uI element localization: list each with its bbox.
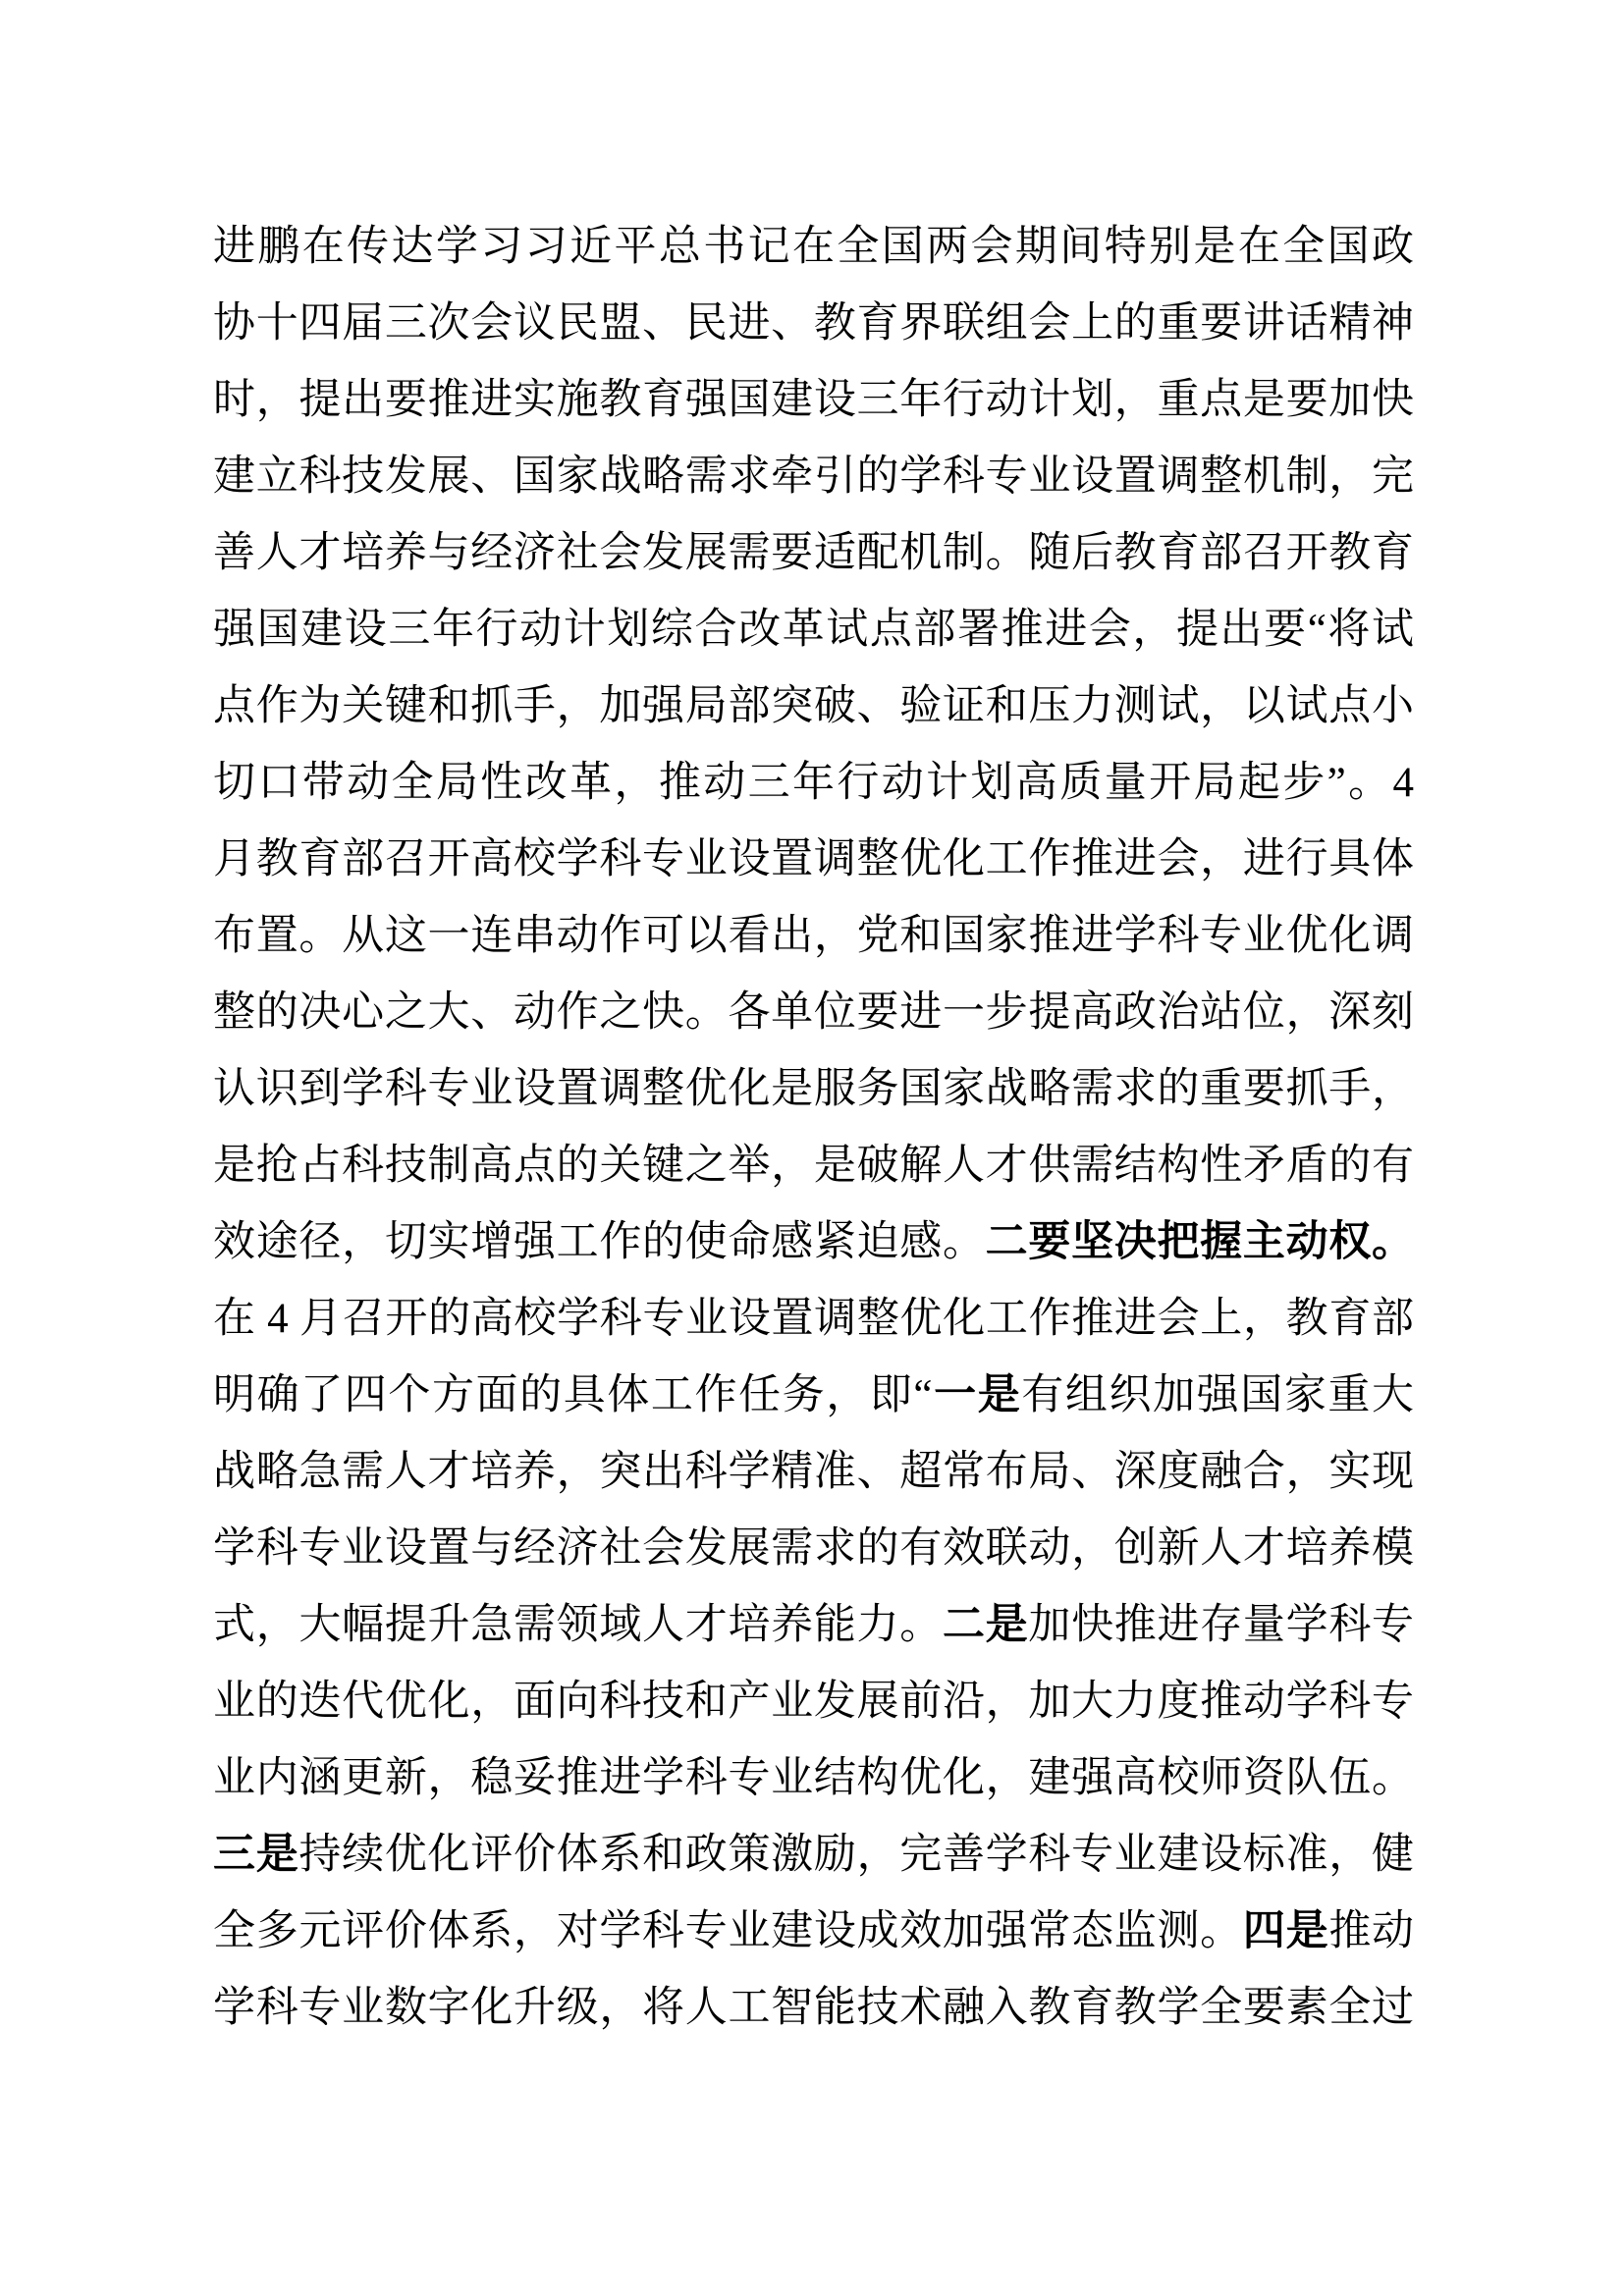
text-run: 战略急需人才培养，突出科学精准、超常布局、深度融合，实现 bbox=[213, 1449, 1414, 1495]
text-run: 月教育部召开高校学科专业设置调整优化工作推进会，进行具体 bbox=[213, 836, 1414, 882]
text-line: 建立科技发展、国家战略需求牵引的学科专业设置调整机制，完 bbox=[213, 439, 1414, 515]
text-run: 学科专业数字化升级，将人工智能技术融入教育教学全要素全过 bbox=[213, 1985, 1414, 2031]
text-run: 推动 bbox=[1328, 1908, 1414, 1954]
bold-text-run: 二要坚决把握主动权。 bbox=[986, 1219, 1414, 1265]
document-page: 进鹏在传达学习习近平总书记在全国两会期间特别是在全国政协十四届三次会议民盟、民进… bbox=[0, 0, 1624, 2296]
bold-text-run: 四是 bbox=[1243, 1908, 1328, 1954]
text-line: 业的迭代优化，面向科技和产业发展前沿，加大力度推动学科专 bbox=[213, 1664, 1414, 1740]
bold-text-run: 三是 bbox=[213, 1832, 298, 1878]
text-run: 在 4 月召开的高校学科专业设置调整优化工作推进会上，教育部 bbox=[213, 1296, 1414, 1342]
text-run: 全多元评价体系，对学科专业建设成效加强常态监测。 bbox=[213, 1908, 1243, 1954]
text-line: 强国建设三年行动计划综合改革试点部署推进会，提出要“将试 bbox=[213, 592, 1414, 668]
text-line: 学科专业数字化升级，将人工智能技术融入教育教学全要素全过 bbox=[213, 1970, 1414, 2047]
text-run: 明确了四个方面的具体工作任务，即“ bbox=[213, 1372, 933, 1418]
text-run: 业内涵更新，稳妥推进学科专业结构优化，建强高校师资队伍。 bbox=[213, 1755, 1414, 1801]
text-line: 切口带动全局性改革，推动三年行动计划高质量开局起步”。4 bbox=[213, 745, 1414, 822]
text-run: 协十四届三次会议民盟、民进、教育界联组会上的重要讲话精神 bbox=[213, 300, 1414, 347]
text-line: 点作为关键和抓手，加强局部突破、验证和压力测试，以试点小 bbox=[213, 668, 1414, 745]
text-line: 进鹏在传达学习习近平总书记在全国两会期间特别是在全国政 bbox=[213, 209, 1414, 286]
text-run: 进鹏在传达学习习近平总书记在全国两会期间特别是在全国政 bbox=[213, 224, 1414, 270]
text-line: 在 4 月召开的高校学科专业设置调整优化工作推进会上，教育部 bbox=[213, 1281, 1414, 1358]
text-run: 学科专业设置与经济社会发展需求的有效联动，创新人才培养模 bbox=[213, 1525, 1414, 1572]
bold-text-run: 一是 bbox=[933, 1372, 1022, 1418]
text-line: 三是持续优化评价体系和政策激励，完善学科专业建设标准，健 bbox=[213, 1817, 1414, 1894]
text-run: 持续优化评价体系和政策激励，完善学科专业建设标准，健 bbox=[298, 1832, 1414, 1878]
text-block: 进鹏在传达学习习近平总书记在全国两会期间特别是在全国政协十四届三次会议民盟、民进… bbox=[213, 209, 1414, 2047]
text-run: 效途径，切实增强工作的使命感紧迫感。 bbox=[213, 1219, 986, 1265]
text-run: 强国建设三年行动计划综合改革试点部署推进会，提出要“将试 bbox=[213, 607, 1414, 653]
text-run: 善人才培养与经济社会发展需要适配机制。随后教育部召开教育 bbox=[213, 530, 1414, 576]
text-run: 时，提出要推进实施教育强国建设三年行动计划，重点是要加快 bbox=[213, 377, 1414, 423]
text-line: 明确了四个方面的具体工作任务，即“一是有组织加强国家重大 bbox=[213, 1358, 1414, 1434]
text-run: 点作为关键和抓手，加强局部突破、验证和压力测试，以试点小 bbox=[213, 683, 1414, 729]
text-line: 全多元评价体系，对学科专业建设成效加强常态监测。四是推动 bbox=[213, 1894, 1414, 1970]
text-run: 是抢占科技制高点的关键之举，是破解人才供需结构性矛盾的有 bbox=[213, 1143, 1414, 1189]
text-line: 效途径，切实增强工作的使命感紧迫感。二要坚决把握主动权。 bbox=[213, 1204, 1414, 1281]
text-run: 切口带动全局性改革，推动三年行动计划高质量开局起步”。4 bbox=[213, 760, 1414, 806]
text-run: 式，大幅提升急需领域人才培养能力。 bbox=[213, 1602, 943, 1648]
text-line: 是抢占科技制高点的关键之举，是破解人才供需结构性矛盾的有 bbox=[213, 1128, 1414, 1204]
text-line: 善人才培养与经济社会发展需要适配机制。随后教育部召开教育 bbox=[213, 515, 1414, 592]
text-run: 加快推进存量学科专 bbox=[1028, 1602, 1414, 1648]
bold-text-run: 二是 bbox=[943, 1602, 1028, 1648]
text-run: 业的迭代优化，面向科技和产业发展前沿，加大力度推动学科专 bbox=[213, 1679, 1414, 1725]
text-line: 式，大幅提升急需领域人才培养能力。二是加快推进存量学科专 bbox=[213, 1587, 1414, 1664]
text-line: 认识到学科专业设置调整优化是服务国家战略需求的重要抓手， bbox=[213, 1051, 1414, 1128]
text-line: 学科专业设置与经济社会发展需求的有效联动，创新人才培养模 bbox=[213, 1511, 1414, 1587]
text-run: 建立科技发展、国家战略需求牵引的学科专业设置调整机制，完 bbox=[213, 454, 1414, 500]
text-run: 整的决心之大、动作之快。各单位要进一步提高政治站位，深刻 bbox=[213, 989, 1414, 1036]
text-run: 认识到学科专业设置调整优化是服务国家战略需求的重要抓手， bbox=[213, 1066, 1414, 1112]
text-line: 布置。从这一连串动作可以看出，党和国家推进学科专业优化调 bbox=[213, 898, 1414, 975]
text-line: 业内涵更新，稳妥推进学科专业结构优化，建强高校师资队伍。 bbox=[213, 1740, 1414, 1817]
text-run: 有组织加强国家重大 bbox=[1021, 1372, 1414, 1418]
text-line: 时，提出要推进实施教育强国建设三年行动计划，重点是要加快 bbox=[213, 362, 1414, 439]
text-line: 月教育部召开高校学科专业设置调整优化工作推进会，进行具体 bbox=[213, 822, 1414, 898]
text-line: 战略急需人才培养，突出科学精准、超常布局、深度融合，实现 bbox=[213, 1434, 1414, 1511]
text-line: 整的决心之大、动作之快。各单位要进一步提高政治站位，深刻 bbox=[213, 975, 1414, 1051]
text-run: 布置。从这一连串动作可以看出，党和国家推进学科专业优化调 bbox=[213, 913, 1414, 959]
text-line: 协十四届三次会议民盟、民进、教育界联组会上的重要讲话精神 bbox=[213, 286, 1414, 362]
